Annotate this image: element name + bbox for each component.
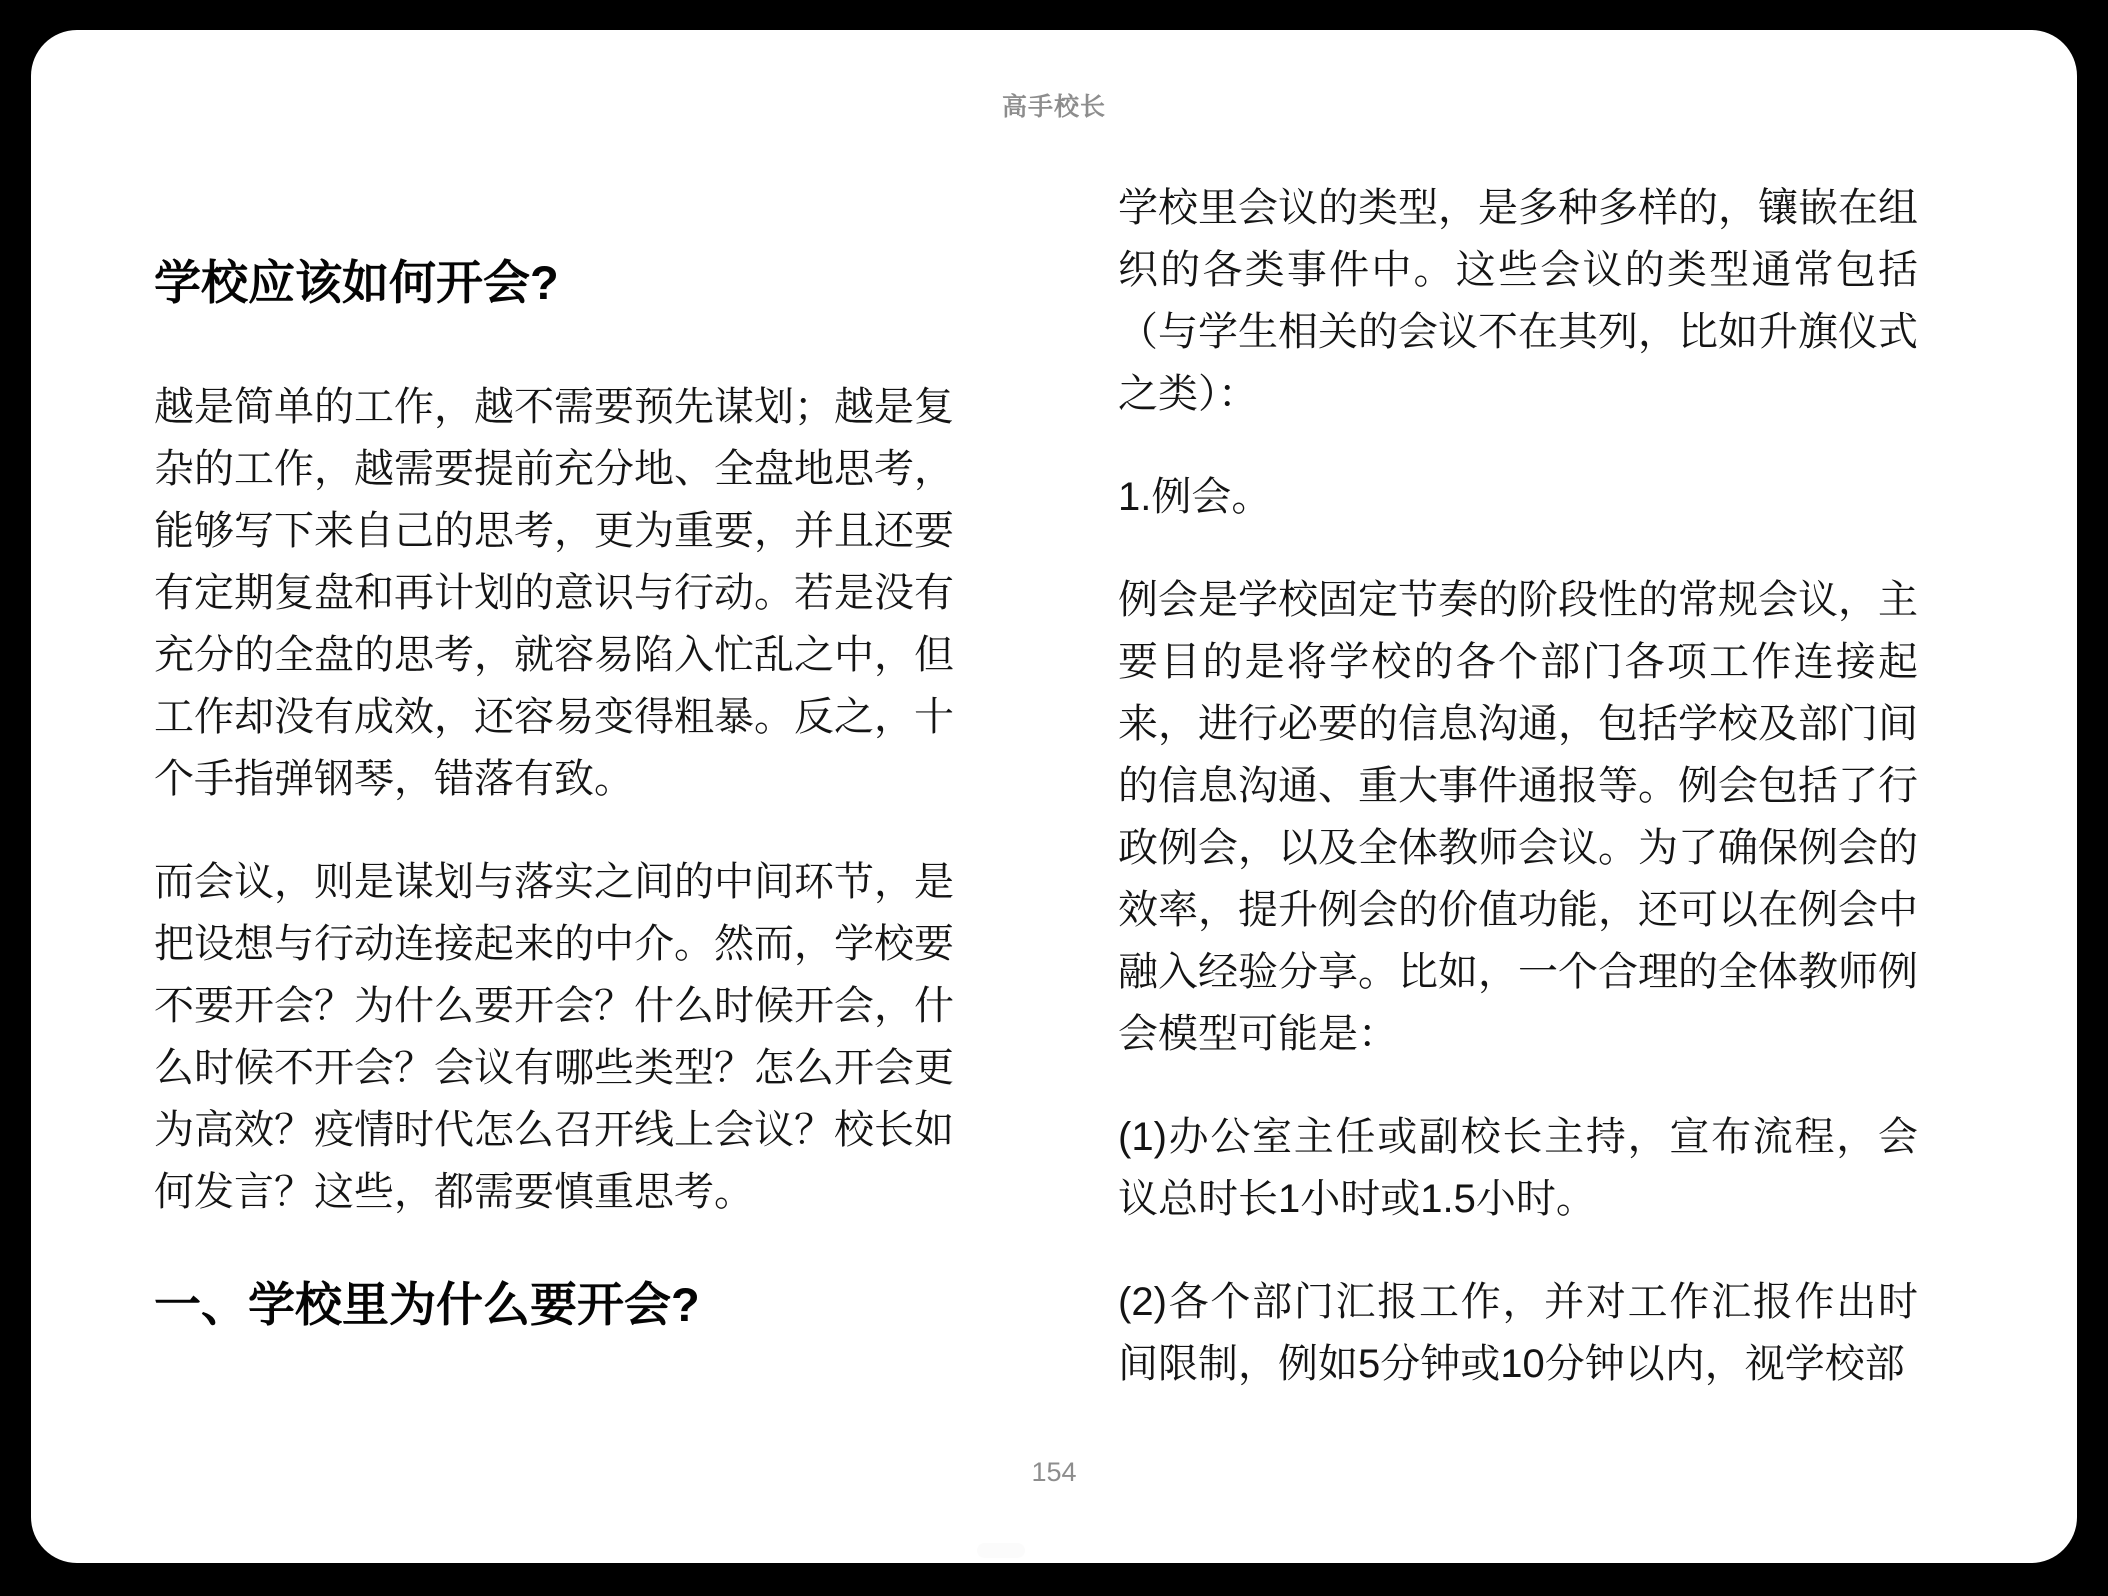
left-column: 学校应该如何开会? 越是简单的工作，越不需要预先谋划；越是复杂的工作，越需要提前…: [154, 177, 954, 1340]
book-title-header: 高手校长: [31, 92, 2077, 122]
list-item-heading: 1.例会。: [1118, 466, 1918, 528]
chapter-title: 学校应该如何开会?: [154, 248, 954, 318]
page-number: 154: [31, 1455, 2077, 1489]
numbered-item: (2)各个部门汇报工作，并对工作汇报作出时间限制，例如5分钟或10分钟以内，视学…: [1118, 1271, 1918, 1395]
device-frame: 高手校长 学校应该如何开会? 越是简单的工作，越不需要预先谋划；越是复杂的工作，…: [0, 0, 2108, 1596]
book-page[interactable]: 高手校长 学校应该如何开会? 越是简单的工作，越不需要预先谋划；越是复杂的工作，…: [31, 30, 2077, 1563]
body-paragraph: 学校里会议的类型，是多种多样的，镶嵌在组织的各类事件中。这些会议的类型通常包括（…: [1118, 177, 1918, 425]
section-heading: 一、学校里为什么要开会?: [154, 1270, 954, 1340]
body-paragraph: 越是简单的工作，越不需要预先谋划；越是复杂的工作，越需要提前充分地、全盘地思考，…: [154, 376, 954, 810]
body-paragraph: 而会议，则是谋划与落实之间的中间环节，是把设想与行动连接起来的中介。然而，学校要…: [154, 851, 954, 1223]
numbered-item: (1)办公室主任或副校长主持，宣布流程，会议总时长1小时或1.5小时。: [1118, 1106, 1918, 1230]
home-indicator: [977, 1543, 1025, 1558]
page-columns: 学校应该如何开会? 越是简单的工作，越不需要预先谋划；越是复杂的工作，越需要提前…: [154, 177, 1954, 1395]
body-paragraph: 例会是学校固定节奏的阶段性的常规会议，主要目的是将学校的各个部门各项工作连接起来…: [1118, 569, 1918, 1065]
right-column: 学校里会议的类型，是多种多样的，镶嵌在组织的各类事件中。这些会议的类型通常包括（…: [1118, 177, 1918, 1395]
